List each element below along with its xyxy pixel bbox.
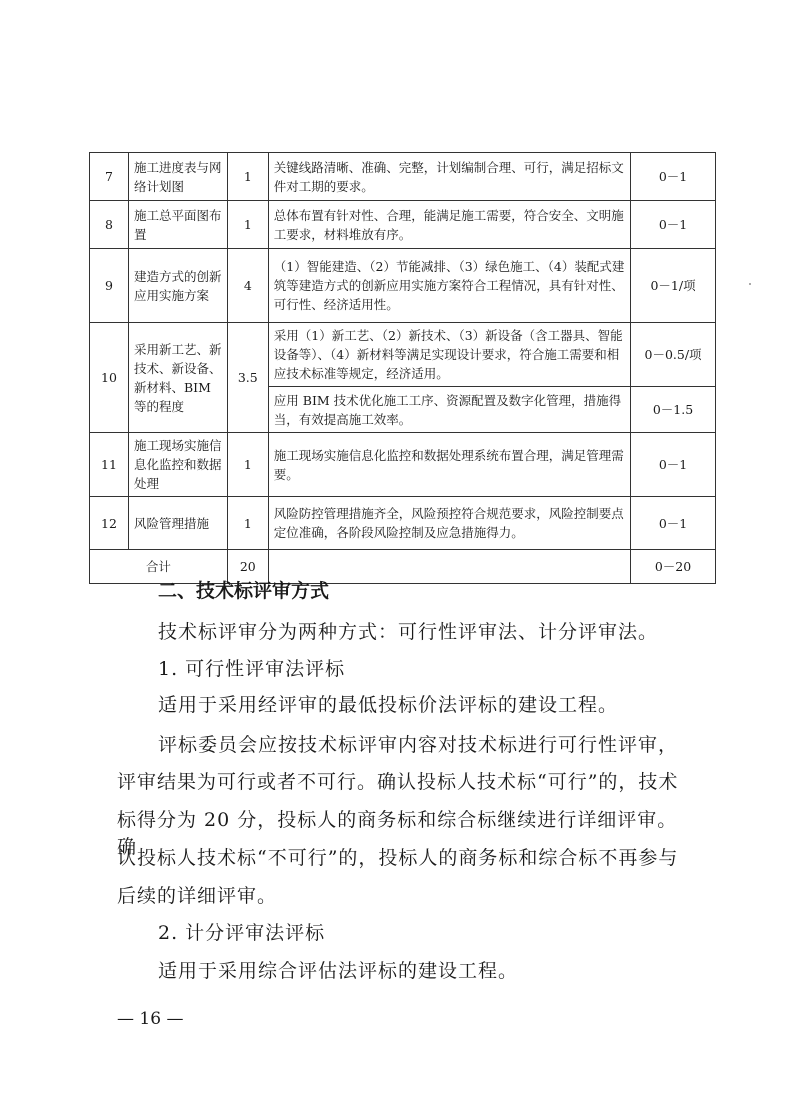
row-score: 1 <box>227 153 268 201</box>
row-range: 0－1.5 <box>631 387 716 433</box>
row-standard: （1）智能建造、（2）节能减排、（3）绿色施工、（4）装配式建筑等建造方式的创新… <box>268 249 630 323</box>
row-range: 0－1 <box>631 153 716 201</box>
paragraph-line: 认投标人技术标“不可行”的，投标人的商务标和综合标不再参与 <box>117 843 697 870</box>
row-standard: 总体布置有针对性、合理，能满足施工需要，符合安全、文明施工要求，材料堆放有序。 <box>268 201 630 249</box>
intro-paragraph: 技术标评审分为两种方式：可行性评审法、计分评审法。 <box>158 617 738 644</box>
table-row: 7 施工进度表与网络计划图 1 关键线路清晰、准确、完整，计划编制合理、可行，满… <box>90 153 716 201</box>
table-row: 9 建造方式的创新应用实施方案 4 （1）智能建造、（2）节能减排、（3）绿色施… <box>90 249 716 323</box>
row-item: 采用新工艺、新技术、新设备、新材料、BIM 等的程度 <box>128 323 227 433</box>
row-score: 3.5 <box>227 323 268 433</box>
row-score: 1 <box>227 201 268 249</box>
row-number: 11 <box>90 433 129 497</box>
row-range: 0－1/项 <box>631 249 716 323</box>
section-heading: 二、技术标评审方式 <box>158 576 329 603</box>
subsection-2-scope: 适用于采用综合评估法评标的建设工程。 <box>158 956 738 983</box>
row-score: 4 <box>227 249 268 323</box>
table-row: 11 施工现场实施信息化监控和数据处理 1 施工现场实施信息化监控和数据处理系统… <box>90 433 716 497</box>
row-standard: 风险防控管理措施齐全，风险预控符合规范要求，风险控制要点定位准确，各阶段风险控制… <box>268 497 630 550</box>
paragraph-line: 评标委员会应按技术标评审内容对技术标进行可行性评审， <box>158 730 738 757</box>
row-standard: 采用（1）新工艺、（2）新技术、（3）新设备（含工器具、智能设备等）、（4）新材… <box>268 323 630 387</box>
row-score: 1 <box>227 433 268 497</box>
row-range: 0－1 <box>631 433 716 497</box>
table-row: 12 风险管理措施 1 风险防控管理措施齐全，风险预控符合规范要求，风险控制要点… <box>90 497 716 550</box>
row-range: 0－1 <box>631 497 716 550</box>
row-item: 施工进度表与网络计划图 <box>128 153 227 201</box>
row-range: 0－1 <box>631 201 716 249</box>
row-standard: 施工现场实施信息化监控和数据处理系统布置合理，满足管理需要。 <box>268 433 630 497</box>
row-number: 8 <box>90 201 129 249</box>
paragraph-line: 后续的详细评审。 <box>117 881 697 908</box>
scoring-table: 7 施工进度表与网络计划图 1 关键线路清晰、准确、完整，计划编制合理、可行，满… <box>89 152 716 584</box>
subsection-1-scope: 适用于采用经评审的最低投标价法评标的建设工程。 <box>158 690 738 717</box>
row-number: 7 <box>90 153 129 201</box>
row-item: 施工现场实施信息化监控和数据处理 <box>128 433 227 497</box>
page-number: — 16 — <box>117 1009 183 1029</box>
row-standard: 关键线路清晰、准确、完整，计划编制合理、可行，满足招标文件对工期的要求。 <box>268 153 630 201</box>
row-number: 9 <box>90 249 129 323</box>
row-item: 建造方式的创新应用实施方案 <box>128 249 227 323</box>
total-range: 0－20 <box>631 550 716 584</box>
row-range: 0－0.5/项 <box>631 323 716 387</box>
subsection-2-title: 2. 计分评审法评标 <box>158 918 738 945</box>
paragraph-line: 评审结果为可行或者不可行。确认投标人技术标“可行”的，技术 <box>117 767 697 794</box>
table-row: 10 采用新工艺、新技术、新设备、新材料、BIM 等的程度 3.5 采用（1）新… <box>90 323 716 387</box>
table-row: 8 施工总平面图布置 1 总体布置有针对性、合理，能满足施工需要，符合安全、文明… <box>90 201 716 249</box>
row-standard: 应用 BIM 技术优化施工工序、资源配置及数字化管理，措施得当，有效提高施工效率… <box>268 387 630 433</box>
row-number: 10 <box>90 323 129 433</box>
row-number: 12 <box>90 497 129 550</box>
row-item: 风险管理措施 <box>128 497 227 550</box>
row-score: 1 <box>227 497 268 550</box>
scan-speck <box>749 283 751 285</box>
subsection-1-title: 1. 可行性评审法评标 <box>158 654 738 681</box>
row-item: 施工总平面图布置 <box>128 201 227 249</box>
